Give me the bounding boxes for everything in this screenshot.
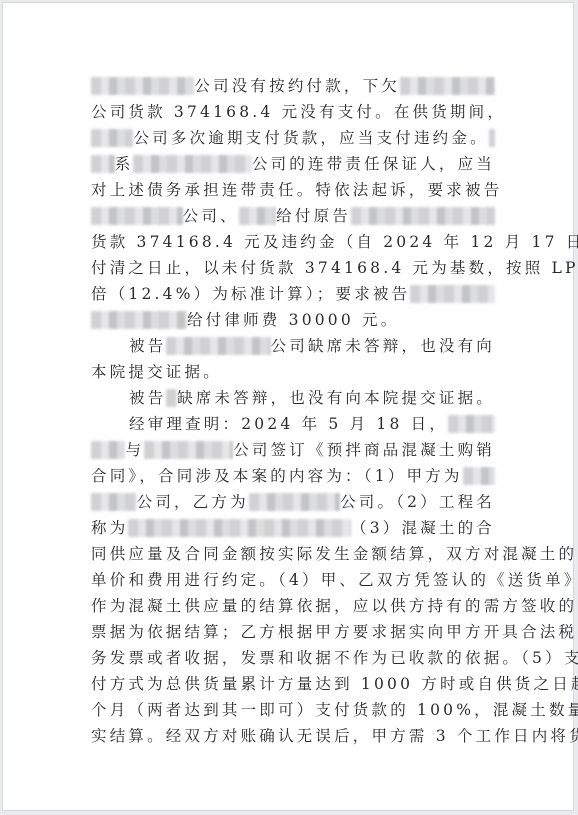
text-line: 称为（3）混凝土的合 bbox=[91, 515, 495, 541]
redacted-text-block bbox=[144, 441, 233, 459]
text-segment: 公司多次逾期支付货款，应当支付违约金。 bbox=[133, 125, 488, 151]
redacted-text-block bbox=[489, 129, 495, 147]
judgment-body-text: 公司没有按约付款，下欠公司货款 374168.4 元没有支付。在供货期间，公司多… bbox=[91, 73, 495, 749]
redacted-text-block bbox=[239, 207, 276, 225]
text-line: 公司，乙方为公司。（2）工程名 bbox=[91, 489, 495, 515]
redacted-text-block bbox=[133, 155, 251, 173]
text-segment: 同供应量及合同金额按实际发生金额结算，双方对混凝土的 bbox=[91, 541, 577, 567]
text-segment: 公司。（2）工程名 bbox=[340, 489, 495, 515]
text-line: 合同》，合同涉及本案的内容为：（1）甲方为 bbox=[91, 463, 495, 489]
redacted-text-block bbox=[91, 311, 187, 329]
redacted-text-block bbox=[448, 415, 495, 433]
text-segment: 单价和费用进行约定。（4）甲、乙双方凭签认的《送货单》 bbox=[91, 567, 578, 593]
redacted-text-block bbox=[351, 207, 495, 225]
redacted-text-block bbox=[91, 493, 137, 511]
text-segment: 公司、 bbox=[183, 203, 239, 229]
text-line: 公司没有按约付款，下欠 bbox=[91, 73, 495, 99]
redacted-text-block bbox=[249, 493, 340, 511]
document-page: 公司没有按约付款，下欠公司货款 374168.4 元没有支付。在供货期间，公司多… bbox=[2, 2, 574, 811]
text-line: 公司货款 374168.4 元没有支付。在供货期间， bbox=[91, 99, 495, 125]
text-line: 付方式为总供货量累计方量达到 1000 方时或自供货之日起 1 bbox=[91, 671, 495, 697]
text-segment: （3）混凝土的合 bbox=[351, 515, 495, 541]
text-segment: 倍（12.4%）为标准计算）；要求被告 bbox=[91, 281, 410, 307]
text-line: 务发票或者收据，发票和收据不作为已收款的依据。（5）支 bbox=[91, 645, 495, 671]
text-segment: 本院提交证据。 bbox=[91, 359, 222, 385]
text-segment: 公司的连带责任保证人，应当 bbox=[252, 151, 495, 177]
redacted-text-block bbox=[463, 467, 495, 485]
redacted-text-block bbox=[91, 129, 133, 147]
text-line: 同供应量及合同金额按实际发生金额结算，双方对混凝土的 bbox=[91, 541, 495, 567]
text-line: 货款 374168.4 元及违约金（自 2024 年 12 月 17 日起至实际 bbox=[91, 229, 495, 255]
text-segment: 被告 bbox=[129, 333, 166, 359]
redacted-text-block bbox=[128, 519, 351, 537]
text-segment: 实结算。经双方对账确认无误后，甲方需 3 个工作日内将货 bbox=[91, 723, 578, 749]
text-segment: 付清之日止，以未付货款 374168.4 元为基数，按照 LPR 的 4 bbox=[91, 255, 578, 281]
text-segment: 公司没有按约付款，下欠 bbox=[194, 73, 400, 99]
text-line: 公司、给付原告 bbox=[91, 203, 495, 229]
redacted-text-block bbox=[166, 337, 270, 355]
text-line: 经审理查明：2024 年 5 月 18 日， bbox=[91, 411, 495, 437]
text-line: 本院提交证据。 bbox=[91, 359, 495, 385]
redacted-text-block bbox=[91, 441, 125, 459]
text-segment: 称为 bbox=[91, 515, 128, 541]
text-segment: 合同》，合同涉及本案的内容为：（1）甲方为 bbox=[91, 463, 463, 489]
text-segment: 缺席未答辩，也没有向本院提交证据。 bbox=[177, 385, 495, 411]
text-segment: 公司货款 374168.4 元没有支付。在供货期间， bbox=[91, 99, 506, 125]
text-segment: 货款 374168.4 元及违约金（自 2024 年 12 月 17 日起至实际 bbox=[91, 229, 578, 255]
text-line: 单价和费用进行约定。（4）甲、乙双方凭签认的《送货单》 bbox=[91, 567, 495, 593]
text-segment: 被告 bbox=[129, 385, 166, 411]
text-line: 作为混凝土供应量的结算依据，应以供方持有的需方签收的 bbox=[91, 593, 495, 619]
text-segment: 与 bbox=[125, 437, 144, 463]
redacted-text-block bbox=[166, 389, 177, 407]
text-line: 被告缺席未答辩，也没有向本院提交证据。 bbox=[91, 385, 495, 411]
text-line: 公司多次逾期支付货款，应当支付违约金。 bbox=[91, 125, 495, 151]
text-line: 与公司签订《预拌商品混凝土购销 bbox=[91, 437, 495, 463]
text-segment: 公司缺席未答辩，也没有向 bbox=[271, 333, 495, 359]
text-segment: 对上述债务承担连带责任。特依法起诉，要求被告 bbox=[91, 177, 502, 203]
text-segment: 系 bbox=[115, 151, 134, 177]
text-line: 个月（两者达到其一即可）支付货款的 100%，混凝土数量据 bbox=[91, 697, 495, 723]
text-segment: 个月（两者达到其一即可）支付货款的 100%，混凝土数量据 bbox=[91, 697, 578, 723]
text-line: 被告公司缺席未答辩，也没有向 bbox=[91, 333, 495, 359]
text-segment: 给付原告 bbox=[276, 203, 351, 229]
text-segment: 公司，乙方为 bbox=[137, 489, 249, 515]
text-segment: 务发票或者收据，发票和收据不作为已收款的依据。（5）支 bbox=[91, 645, 578, 671]
text-segment: 作为混凝土供应量的结算依据，应以供方持有的需方签收的 bbox=[91, 593, 577, 619]
text-segment: 票据为依据结算；乙方根据甲方要求据实向甲方开具合法税 bbox=[91, 619, 577, 645]
text-line: 倍（12.4%）为标准计算）；要求被告 bbox=[91, 281, 495, 307]
redacted-text-block bbox=[91, 155, 115, 173]
text-segment: 付方式为总供货量累计方量达到 1000 方时或自供货之日起 1 bbox=[91, 671, 578, 697]
redacted-text-block bbox=[400, 77, 495, 95]
text-segment: 公司签订《预拌商品混凝土购销 bbox=[233, 437, 495, 463]
text-line: 票据为依据结算；乙方根据甲方要求据实向甲方开具合法税 bbox=[91, 619, 495, 645]
text-segment: 经审理查明：2024 年 5 月 18 日， bbox=[129, 411, 448, 437]
text-line: 对上述债务承担连带责任。特依法起诉，要求被告 bbox=[91, 177, 495, 203]
text-segment: 给付律师费 30000 元。 bbox=[187, 307, 399, 333]
redacted-text-block bbox=[410, 285, 495, 303]
text-line: 给付律师费 30000 元。 bbox=[91, 307, 495, 333]
text-line: 付清之日止，以未付货款 374168.4 元为基数，按照 LPR 的 4 bbox=[91, 255, 495, 281]
text-line: 系公司的连带责任保证人，应当 bbox=[91, 151, 495, 177]
text-line: 实结算。经双方对账确认无误后，甲方需 3 个工作日内将货 bbox=[91, 723, 495, 749]
redacted-text-block bbox=[91, 207, 183, 225]
redacted-text-block bbox=[91, 77, 194, 95]
